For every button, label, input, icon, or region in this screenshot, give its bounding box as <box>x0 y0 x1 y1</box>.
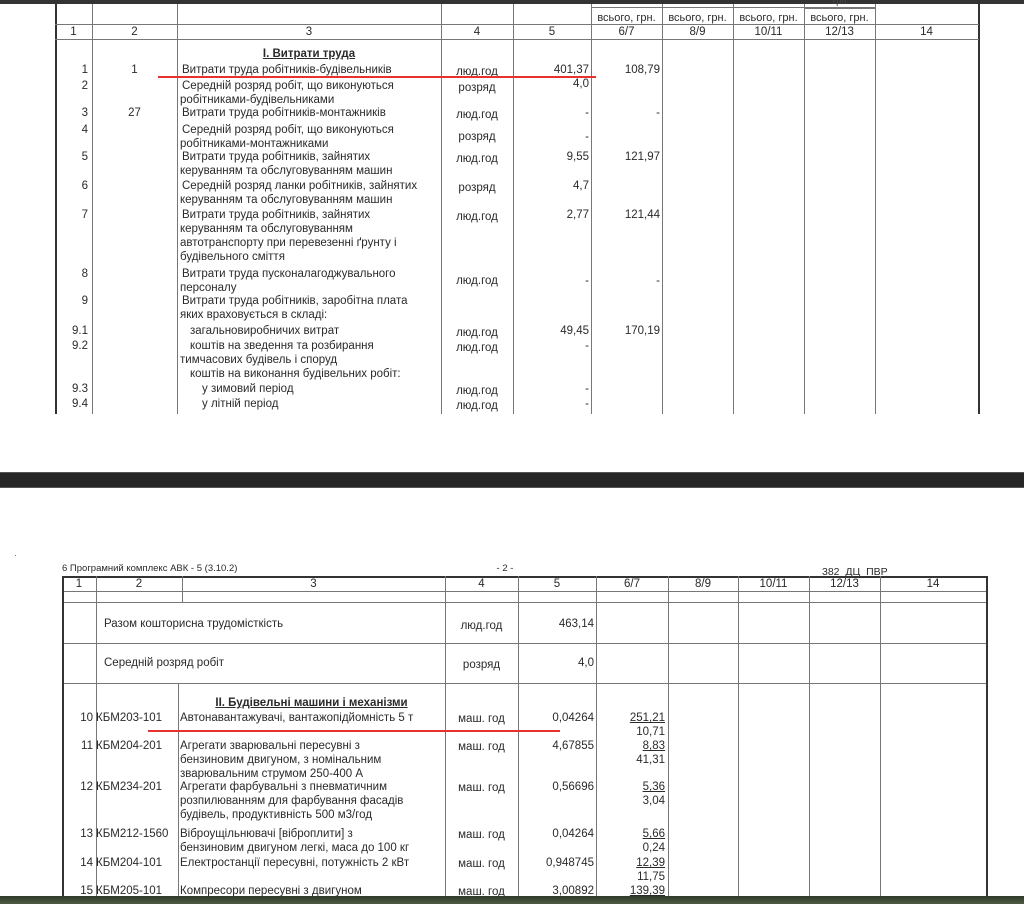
row-unit: люд.год <box>441 108 513 122</box>
row-price-wage: 0,24 <box>596 841 665 855</box>
row-description: керуванням та обслуговуванням машин <box>180 193 392 207</box>
row-description: Середній розряд робіт, що виконуються <box>182 79 394 93</box>
row-description: тимчасових будівель і споруд <box>180 353 337 367</box>
document-page-1: грн. всього, грн. всього, грн. всього, г… <box>0 4 1024 472</box>
header-sub-12-13: всього, грн. <box>804 11 875 25</box>
column-header-0: 1 <box>55 25 92 39</box>
row-description: будівель, продуктивність 500 м3/год <box>180 808 372 822</box>
header-sub-10-11: всього, грн. <box>733 11 804 25</box>
row-price-wage: 10,71 <box>596 725 665 739</box>
row-description: керуванням та обслуговуванням машин <box>180 164 392 178</box>
row-unit: маш. год <box>445 828 518 842</box>
row-description: Витрати труда робітників-будівельників <box>182 63 392 77</box>
summary-avg-grade-unit: розряд <box>445 658 518 672</box>
row-quantity: - <box>513 339 589 353</box>
row-price: 170,19 <box>591 324 660 338</box>
row-unit: люд.год <box>441 341 513 355</box>
row-description: у зимовий період <box>202 382 294 396</box>
column-header-7: 10/11 <box>733 25 804 39</box>
section-title-machines: ІІ. Будівельні машини і механізми <box>178 696 445 710</box>
row-quantity: 0,56696 <box>518 780 594 794</box>
row-unit: маш. год <box>445 740 518 754</box>
row-number: 10 <box>62 711 93 725</box>
row-description: Агрегати фарбувальні з пневматичним <box>180 780 387 794</box>
page-number: - 2 - <box>480 562 530 576</box>
section-title-labor: І. Витрати труда <box>177 47 441 61</box>
row-quantity: - <box>513 382 589 396</box>
row-price-wage: 11,75 <box>596 870 665 884</box>
row-description: будівельного сміття <box>180 250 285 264</box>
row-description: Середній розряд робіт, що виконуються <box>182 123 394 137</box>
row-price-total: 12,39 <box>596 856 665 870</box>
column-header-p2-6: 8/9 <box>668 577 738 591</box>
row-number: 7 <box>55 208 88 222</box>
row-code: КБМ204-101 <box>96 856 162 870</box>
row-price-total: 251,21 <box>596 711 665 725</box>
row-price-wage: 41,31 <box>596 753 665 767</box>
row-unit: люд.год <box>441 274 513 288</box>
row-description: Віброущільнювачі [віброплити] з <box>180 827 353 841</box>
row-price: - <box>591 274 660 288</box>
row-description: автотранспорту при перевезенні ґрунту і <box>180 236 397 250</box>
row-description: зварювальним струмом 250-400 А <box>180 767 363 781</box>
header-sub-6-7: всього, грн. <box>591 11 662 25</box>
row-number: 9.1 <box>55 324 88 338</box>
row-quantity: - <box>513 106 589 120</box>
row-unit: розряд <box>441 181 513 195</box>
column-header-p2-7: 10/11 <box>738 577 809 591</box>
row-number: 11 <box>62 739 93 753</box>
row-quantity: 0,04264 <box>518 827 594 841</box>
row-price: - <box>591 106 660 120</box>
row-description: Електростанції пересувні, потужність 2 к… <box>180 856 409 870</box>
row-number: 9.3 <box>55 382 88 396</box>
row-description: Витрати труда робітників, заробітна плат… <box>182 294 407 308</box>
row-unit: люд.год <box>441 399 513 413</box>
summary-avg-grade-value: 4,0 <box>518 656 594 670</box>
row-number: 6 <box>55 179 88 193</box>
row-quantity: - <box>513 397 589 411</box>
row-quantity: 49,45 <box>513 324 589 338</box>
column-header-p2-2: 3 <box>182 577 445 591</box>
row-number: 9.4 <box>55 397 88 411</box>
header-sub-8-9: всього, грн. <box>662 11 733 25</box>
summary-total-labor-value: 463,14 <box>518 617 594 631</box>
row-number: 1 <box>55 63 88 77</box>
row-unit: маш. год <box>445 857 518 871</box>
row-number: 2 <box>55 79 88 93</box>
column-header-9: 14 <box>875 25 978 39</box>
row-number: 3 <box>55 106 88 120</box>
page-separator <box>0 472 1024 488</box>
row-code: КБМ203-101 <box>96 711 162 725</box>
row-description: бензиновим двигуном, з номінальним <box>180 753 381 767</box>
viewer-bottom-edge <box>0 896 1024 904</box>
row-description: загальновиробничих витрат <box>190 324 339 338</box>
row-description: Витрати труда пусконалагоджувального <box>182 267 396 281</box>
column-header-4: 5 <box>513 25 591 39</box>
summary-total-labor-unit: люд.год <box>445 619 518 633</box>
column-header-p2-1: 2 <box>96 577 182 591</box>
page-header-left: 6 Програмний комплекс АВК - 5 (3.10.2) <box>62 562 237 576</box>
row-description: робітниками-монтажниками <box>180 137 328 151</box>
row-description: коштів на зведення та розбирання <box>190 339 374 353</box>
header-partial-label: грн. <box>808 0 874 9</box>
row-number: 13 <box>62 827 93 841</box>
row-unit: люд.год <box>441 210 513 224</box>
row-quantity: 4,7 <box>513 179 589 193</box>
row-unit: розряд <box>441 81 513 95</box>
row-unit: маш. год <box>445 781 518 795</box>
row-description: Автонавантажувачі, вантажопідйомність 5 … <box>180 711 413 725</box>
red-annotation-line <box>158 76 596 78</box>
row-quantity: 4,0 <box>513 77 589 91</box>
row-number: 14 <box>62 856 93 870</box>
row-code: 1 <box>92 63 177 77</box>
row-description: Витрати труда робітників, зайнятих <box>182 208 370 222</box>
row-quantity: - <box>513 274 589 288</box>
column-header-p2-0: 1 <box>62 577 96 591</box>
row-price: 121,97 <box>591 150 660 164</box>
column-header-p2-8: 12/13 <box>809 577 880 591</box>
row-description: Агрегати зварювальні пересувні з <box>180 739 360 753</box>
row-description: яких враховується в складі: <box>180 308 327 322</box>
column-header-p2-9: 14 <box>880 577 986 591</box>
row-price: 121,44 <box>591 208 660 222</box>
row-number: 9 <box>55 294 88 308</box>
row-price-total: 5,66 <box>596 827 665 841</box>
column-header-6: 8/9 <box>662 25 733 39</box>
row-description: робітниками-будівельниками <box>180 93 334 107</box>
summary-total-labor-label: Разом кошторисна трудомісткість <box>104 617 283 631</box>
row-code: КБМ212-1560 <box>96 827 168 841</box>
summary-avg-grade-label: Середній розряд робіт <box>104 656 224 670</box>
row-description: бензиновим двигуном легкі, маса до 100 к… <box>180 841 409 855</box>
row-unit: розряд <box>441 130 513 144</box>
row-description: коштів на виконання будівельних робіт: <box>190 367 401 381</box>
row-price-total: 8,83 <box>596 739 665 753</box>
row-unit: люд.год <box>441 152 513 166</box>
column-header-p2-5: 6/7 <box>596 577 668 591</box>
row-number: 8 <box>55 267 88 281</box>
red-annotation-line-2 <box>148 730 560 732</box>
column-header-p2-4: 5 <box>518 577 596 591</box>
row-description: Витрати труда робітників-монтажників <box>182 106 386 120</box>
column-header-1: 2 <box>92 25 177 39</box>
row-number: 4 <box>55 123 88 137</box>
row-code: КБМ234-201 <box>96 780 162 794</box>
column-header-8: 12/13 <box>804 25 875 39</box>
row-quantity: 4,67855 <box>518 739 594 753</box>
row-unit: люд.год <box>441 326 513 340</box>
row-quantity: 9,55 <box>513 150 589 164</box>
row-price-wage: 3,04 <box>596 794 665 808</box>
row-description: Середній розряд ланки робітників, зайнят… <box>182 179 417 193</box>
row-description: персоналу <box>180 281 237 295</box>
row-price: 108,79 <box>591 63 660 77</box>
document-page-2: · 6 Програмний комплекс АВК - 5 (3.10.2)… <box>0 488 1024 896</box>
row-quantity: 2,77 <box>513 208 589 222</box>
column-header-5: 6/7 <box>591 25 662 39</box>
row-unit: маш. год <box>445 712 518 726</box>
row-number: 5 <box>55 150 88 164</box>
row-code: 27 <box>92 106 177 120</box>
row-quantity: 0,04264 <box>518 711 594 725</box>
row-description: розпилюванням для фарбування фасадів <box>180 794 403 808</box>
row-quantity: 0,948745 <box>518 856 594 870</box>
row-price-total: 5,36 <box>596 780 665 794</box>
row-code: КБМ204-201 <box>96 739 162 753</box>
column-header-3: 4 <box>441 25 513 39</box>
row-description: керуванням та обслуговуванням <box>180 222 353 236</box>
row-number: 9.2 <box>55 339 88 353</box>
row-description: Витрати труда робітників, зайнятих <box>182 150 370 164</box>
row-number: 12 <box>62 780 93 794</box>
row-unit: люд.год <box>441 384 513 398</box>
row-description: у літній період <box>202 397 278 411</box>
column-header-2: 3 <box>177 25 441 39</box>
column-header-p2-3: 4 <box>445 577 518 591</box>
row-quantity: - <box>513 130 589 144</box>
row-quantity: 401,37 <box>513 63 589 77</box>
